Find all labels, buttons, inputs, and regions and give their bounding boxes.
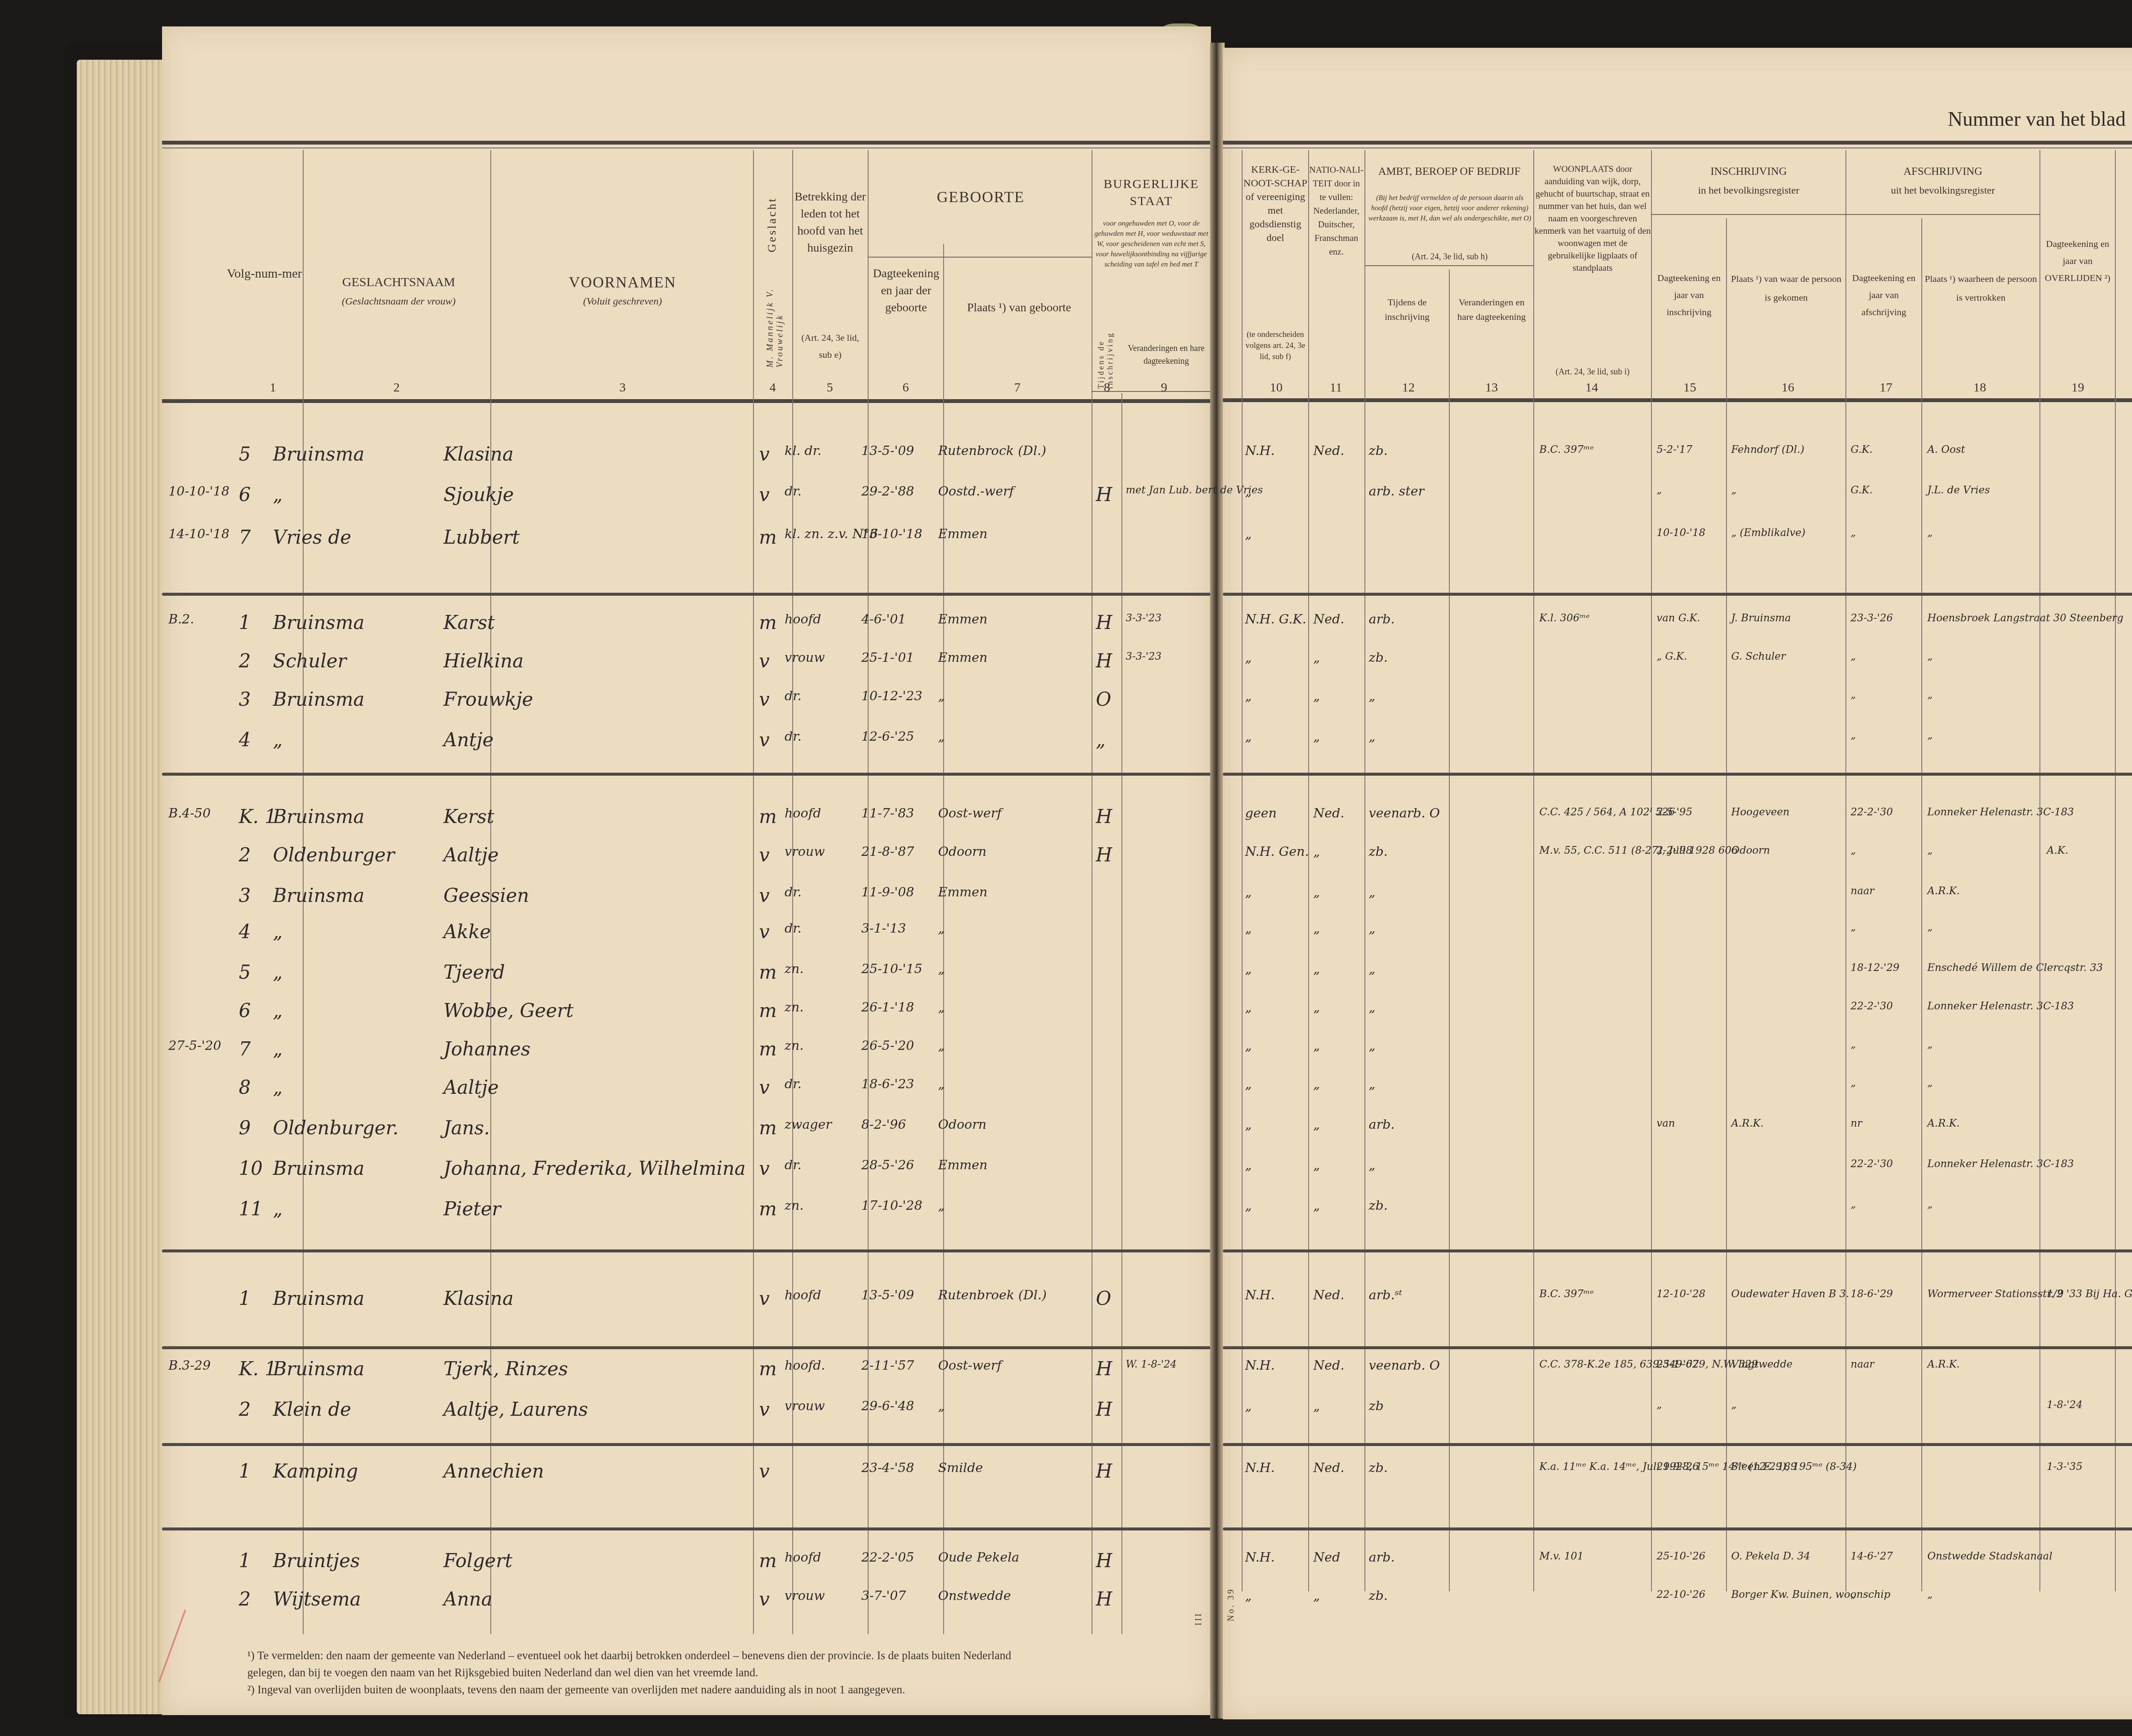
family-separator [1223,1346,2132,1349]
family-separator [162,1249,1211,1252]
cell-death: 1-3-'35 [2047,1461,2083,1472]
cell-nat: „ [1313,1198,1320,1213]
cell-sex: m [759,806,777,828]
cell-occ: zb. [1369,844,1388,859]
ambt-divider [1364,265,1533,266]
header-bottom-rule [1223,398,2132,402]
cell-sex: v [759,1399,770,1420]
cell-civil: O [1096,1288,1111,1310]
cell-sex: m [759,1358,777,1380]
cell-residence: B.C. 397ᵐᵉ [1539,1288,1594,1300]
cell-church: „ [1245,1038,1252,1053]
cell-relation: zn. [785,962,804,977]
cell-residence: B.C. 397ᵐᵉ [1539,443,1594,455]
col-line [1364,150,1365,1591]
cell-surname: Bruintjes [273,1550,360,1572]
cell-given: Wobbe, Geert [443,1000,574,1022]
cell-given: Aaltje [443,844,498,866]
cell-relation: vrouw [785,650,825,665]
cell-sex: m [759,1550,777,1572]
cell-nat: „ [1313,1399,1320,1414]
cell-sex: v [759,1077,770,1098]
cell-church: „ [1245,484,1252,499]
cell-birth-place: „ [938,1198,945,1213]
cell-birth-date: 4-6-'01 [861,612,906,627]
cell-birth-date: 23-4-'58 [861,1461,914,1475]
cell-given: Hielkina [443,650,524,672]
cell-nr: 5 [239,443,251,465]
cell-out-to: „ [1927,1588,1932,1600]
cell-given: Tjeerd [443,962,505,983]
cell-nr: 10 [239,1158,263,1180]
cell-in-from: Sleen E. 189 [1731,1461,1797,1472]
cell-birth-place: Emmen [938,885,988,900]
col-number-4: 4 [760,380,785,395]
header-col-20-sub: (Art. 24, 5e lid) [2116,304,2132,321]
header-ambt-art: (Art. 24, 3e lid, sub h) [1368,248,1532,265]
cell-relation: dr. [785,1158,802,1173]
cell-out-to: „ [1927,844,1932,856]
cell-church: N.H. G.K. [1245,612,1306,627]
cell-given: Aaltje, Laurens [443,1399,588,1420]
cell-out-date: „ [1851,1077,1856,1089]
cell-occ: zb. [1369,1198,1388,1213]
header-bottom-rule [162,399,1211,403]
cell-in-from: A.R.K. [1731,1117,1764,1129]
blad-label: Nummer van het blad [1948,107,2126,131]
cell-birth-date: 17-10-'28 [861,1198,922,1213]
cell-relation: zn. [785,1000,804,1015]
cell-in-from: J. Bruinsma [1731,612,1791,624]
cell-occ: zb [1369,1399,1384,1414]
cell-death: 1/2 '33 Bij Ha. Geulleerink. [2047,1288,2132,1300]
header-bs-note: voor ongehuwden met O, voor de gehuwden … [1094,218,1209,270]
cell-nr: 1 [239,612,251,634]
cell-surname: „ [273,1198,283,1220]
cell-sex: v [759,650,770,672]
cell-given: Geessien [443,885,529,907]
cell-nr: 4 [239,729,251,751]
family-separator [1223,1527,2132,1530]
cell-church: „ [1245,527,1252,542]
cell-nat: „ [1313,921,1320,936]
cell-out-date: 14-6-'27 [1851,1550,1893,1562]
cell-out-date: „ [1851,1588,1856,1600]
cell-out-to: „ [1927,1198,1932,1210]
cell-surname: Bruinsma [273,689,365,710]
cell-out-date: G.K. [1851,484,1873,496]
cell-relation: dr. [785,1077,802,1092]
col-line [1651,150,1652,1591]
page-edges [77,60,162,1714]
col-line [1121,393,1122,1634]
cell-surname: Vries de [273,527,351,548]
cell-nat: „ [1313,689,1320,704]
cell-church: N.H. [1245,443,1275,458]
cell-surname: „ [273,484,283,506]
cell-surname: Bruinsma [273,1158,365,1180]
cell-birth-date: 26-1-'18 [861,1000,914,1015]
cell-relation: zwager [785,1117,832,1132]
cell-church: geen [1245,806,1277,821]
cell-in-date: van G.K. [1657,612,1700,624]
cell-church: „ [1245,1158,1252,1173]
cell-birth-place: Odoorn [938,844,987,859]
cell-birth-date: 8-2-'96 [861,1117,906,1132]
cell-nat: „ [1313,1117,1320,1132]
cell-sex: v [759,844,770,866]
col-number-8: 8 [1094,380,1120,395]
cell-given: Kerst [443,806,494,828]
top-rule-thin [162,148,1211,148]
cell-birth-place: Emmen [938,1158,988,1173]
cell-occ: arb. ster [1369,484,1424,499]
cell-in-from: Hoogeveen [1731,806,1790,818]
cell-occ: arb. [1369,1117,1395,1132]
header-col-14-sub: (Art. 24, 3e lid, sub i) [1534,363,1651,380]
cell-nr: 2 [239,1399,251,1420]
cell-nr: 1 [239,1461,251,1482]
cell-occ: zb. [1369,1588,1388,1603]
cell-birth-place: Smilde [938,1461,983,1475]
cell-nat: Ned. [1313,443,1344,458]
cell-margin: B.2. [168,612,194,627]
cell-relation: hoofd. [785,1358,825,1373]
header-col-13: Veranderingen en hare dagteekening [1450,295,1533,324]
cell-out-to: „ [1927,650,1932,662]
cell-nr: 11 [239,1198,263,1220]
cell-sex: m [759,1038,777,1060]
cell-surname: „ [273,729,283,751]
cell-surname: Kamping [273,1461,358,1482]
cell-birth-date: 13-5-'09 [861,1288,914,1303]
cell-church: N.H. Gen. [1245,844,1309,859]
cell-relation: hoofd [785,1288,821,1303]
cell-church: N.H. [1245,1358,1275,1373]
cell-in-from: „ [1731,1399,1736,1411]
cell-out-date: 22-2-'30 [1851,1000,1893,1012]
cell-out-date: G.K. [1851,443,1873,455]
cell-birth-place: Odoorn [938,1117,987,1132]
header-col-17: Dagteekening en jaar van afschrijving [1846,270,1921,321]
cell-out-to: Enschedé Willem de Clercqstr. 33 [1927,962,2103,974]
cell-birth-date: 18-6-'23 [861,1077,914,1092]
cell-nat: „ [1313,885,1320,900]
cell-residence: M.v. 101 [1539,1550,1584,1562]
cell-church: „ [1245,885,1252,900]
footnote-1: ¹) Te vermelden: den naam der gemeente v… [247,1647,1036,1681]
cell-given: Lubbert [443,527,520,548]
cell-out-to: Onstwedde Stadskanaal [1927,1550,2052,1562]
cell-surname: Bruinsma [273,1358,365,1380]
cell-sex: v [759,921,770,943]
cell-birth-date: 12-6-'25 [861,729,914,744]
header-col-2-sub: (Geslachtsnaam der vrouw) [307,295,490,308]
cell-surname: „ [273,1000,283,1022]
cell-birth-place: Emmen [938,527,988,542]
cell-given: Karst [443,612,495,634]
cell-in-from: O. Pekela D. 34 [1731,1550,1810,1562]
cell-birth-date: 10-12-'23 [861,689,922,704]
cell-given: Sjoukje [443,484,514,506]
cell-out-date: 18-12-'29 [1851,962,1899,974]
cell-out-to: Lonneker Helenastr. 3C-183 [1927,1158,2074,1170]
cell-birth-date: 21-8-'87 [861,844,914,859]
cell-nr: 3 [239,689,251,710]
col-number-1: 1 [260,380,286,395]
cell-out-date: „ [1851,527,1856,539]
header-col-14: WOONPLAATS door aanduiding van wijk, dor… [1534,163,1651,274]
cell-margin: 14-10-'18 [168,527,229,542]
cell-relation: dr. [785,921,802,936]
cell-birth-place: Oost-werf [938,1358,1002,1373]
cell-nr: 3 [239,885,251,907]
header-col-5: Betrekking der leden tot het hoofd van h… [794,188,866,257]
cell-civil: H [1096,806,1112,828]
cell-given: Tjerk, Rinzes [443,1358,568,1380]
cell-occ: veenarb. O [1369,1358,1440,1373]
cell-birth-date: 11-7-'83 [861,806,914,821]
col-number-14: 14 [1581,380,1602,395]
cell-church: N.H. [1245,1550,1275,1565]
cell-occ: zb. [1369,1461,1388,1475]
cell-civil: H [1096,650,1112,672]
cell-birth-place: Rutenbrock (Dl.) [938,443,1046,458]
cell-surname: „ [273,962,283,983]
cell-in-from: Oudewater Haven B 3. [1731,1288,1849,1300]
cell-relation: vrouw [785,844,825,859]
gutter-mark-right: No. 39 [1226,1574,1236,1621]
cell-nat: „ [1313,1038,1320,1053]
cell-nat: „ [1313,962,1320,977]
cell-nat: Ned. [1313,1461,1344,1475]
cell-out-date: „ [1851,650,1856,662]
cell-in-date: 25-1-'02 [1657,1358,1699,1370]
cell-civil: H [1096,484,1112,506]
cell-nr: 2 [239,844,251,866]
header-inschrijving-sub: in het bevolkingsregister [1652,182,1845,199]
col-number-5: 5 [817,380,843,395]
cell-surname: Wijtsema [273,1588,361,1610]
family-separator [162,1346,1211,1349]
cell-surname: Oldenburger. [273,1117,399,1139]
cell-nat: Ned. [1313,612,1344,627]
cell-surname: Bruinsma [273,806,365,828]
cell-occ: zb. [1369,443,1388,458]
cell-church: „ [1245,650,1252,665]
cell-residence: M.v. 55, C.C. 511 (8-27), Juli 1928 606 [1539,844,1738,856]
cell-sex: m [759,527,777,548]
family-separator [162,1443,1211,1446]
cell-nr: 7 [239,527,251,548]
cell-church: „ [1245,1117,1252,1132]
cell-nat: „ [1313,1158,1320,1173]
cell-church: „ [1245,1077,1252,1092]
cell-sex: m [759,612,777,634]
col-number-18: 18 [1969,380,1990,395]
family-separator [1223,593,2132,596]
header-inschrijving: INSCHRIJVING [1652,163,1845,180]
cell-out-date: nr [1851,1117,1862,1129]
cell-surname: Oldenburger [273,844,394,866]
cell-margin: 27-5-'20 [168,1038,221,1053]
cell-surname: Bruinsma [273,1288,365,1310]
cell-given: Antje [443,729,493,751]
family-separator [162,773,1211,776]
cell-birth-date: 3-7-'07 [861,1588,906,1603]
cell-birth-place: „ [938,1000,945,1015]
col-line [2039,150,2040,1591]
col-line [1092,150,1092,1634]
cell-civil: H [1096,1358,1112,1380]
cell-occ: arb.ˢᵗ [1369,1288,1402,1303]
cell-out-to: „ [1927,689,1932,701]
cell-nr: 6 [239,1000,251,1022]
cell-residence: C.C. 425 / 564, A 102ᴵ 526 [1539,806,1675,818]
cell-sex: v [759,729,770,751]
col-line [1845,150,1846,1591]
cell-birth-date: 2-11-'57 [861,1358,914,1373]
cell-surname: „ [273,921,283,943]
cell-church: „ [1245,1588,1252,1603]
cell-in-from: „ [1731,484,1736,496]
cell-surname: Schuler [273,650,347,672]
cell-sex: v [759,1288,770,1310]
cell-sex: v [759,1461,770,1482]
cell-out-to: A. Oost [1927,443,1965,455]
cell-birth-date: 29-2-'88 [861,484,914,499]
col-number-3: 3 [610,380,635,395]
cell-birth-date: 29-6-'48 [861,1399,914,1414]
cell-civil-change: 3-3-'23 [1126,612,1162,624]
header-col-16: Plaats ¹) van waar de persoon is gekomen [1727,270,1845,307]
cell-nr: 1 [239,1550,251,1572]
header-ambt-note: (Bij het bedrijf vermelden of de persoon… [1368,193,1532,223]
cell-nr: 9 [239,1117,251,1139]
cell-out-to: A.R.K. [1927,885,1960,897]
cell-birth-date: 13-5-'09 [861,443,914,458]
cell-birth-place: Rutenbroek (Dl.) [938,1288,1047,1303]
cell-birth-place: Oost-werf [938,806,1002,821]
header-afschrijving: AFSCHRIJVING [1846,163,2039,180]
header-geboorte: GEBOORTE [870,188,1092,206]
cell-sex: m [759,1000,777,1022]
cell-occ: zb. [1369,650,1388,665]
header-afschrijving-sub: uit het bevolkingsregister [1846,182,2039,199]
header-col-10: KERK-GE-NOOT-SCHAP of vereeniging met go… [1243,163,1308,245]
cell-surname: Klein de [273,1399,351,1420]
cell-nat: „ [1313,1077,1320,1092]
cell-church: „ [1245,921,1252,936]
cell-given: Frouwkje [443,689,533,710]
cell-occ: „ [1369,885,1376,900]
cell-birth-place: Emmen [938,650,988,665]
cell-occ: veenarb. O [1369,806,1440,821]
cell-death: 1-8-'24 [2047,1399,2083,1411]
cell-civil: H [1096,1588,1112,1610]
cell-relation: vrouw [785,1588,825,1603]
cell-church: N.H. [1245,1461,1275,1475]
cell-birth-place: „ [938,1038,945,1053]
cell-given: Klasina [443,1288,513,1310]
cell-occ: „ [1369,689,1376,704]
cell-surname: Bruinsma [273,443,365,465]
cell-occ: „ [1369,962,1376,977]
cell-birth-place: Onstwedde [938,1588,1011,1603]
cell-birth-date: 25-1-'01 [861,650,914,665]
cell-surname: „ [273,1038,283,1060]
cell-out-date: 23-3-'26 [1851,612,1893,624]
cell-out-date: „ [1851,921,1856,933]
family-separator [1223,1249,2132,1252]
cell-sex: v [759,1158,770,1180]
cell-birth-place: „ [938,729,945,744]
cell-church: „ [1245,729,1252,744]
cell-nr: 8 [239,1077,251,1098]
header-col-4: Geslacht [765,176,779,252]
col-line [1242,150,1243,1591]
cell-relation: zn. [785,1038,804,1053]
header-col-9: Veranderingen en hare dagteekening [1124,342,1209,368]
cell-nat: „ [1313,650,1320,665]
cell-sex: m [759,1117,777,1139]
family-separator [1223,1443,2132,1446]
cell-sex: v [759,443,770,465]
cell-civil-change: W. 1-8-'24 [1126,1358,1177,1370]
cell-relation: dr. [785,729,802,744]
cell-nr: 1 [239,1288,251,1310]
cell-church: „ [1245,1000,1252,1015]
cell-church: „ [1245,1399,1252,1414]
cell-out-to: A.R.K. [1927,1358,1960,1370]
cell-in-date: 2-5-'95 [1657,806,1692,818]
cell-nr: 4 [239,921,251,943]
col-number-9: 9 [1151,380,1177,395]
cell-birth-date: 22-2-'05 [861,1550,914,1565]
cell-occ: „ [1369,1158,1376,1173]
col-number-7: 7 [1005,380,1030,395]
cell-birth-place: „ [938,1077,945,1092]
cell-nr: 2 [239,1588,251,1610]
col-number-11: 11 [1325,380,1347,395]
cell-given: Annechien [443,1461,544,1482]
cell-nr: 2 [239,650,251,672]
cell-in-from: Fehndorf (Dl.) [1731,443,1805,455]
cell-in-date: 29-9-'26 [1657,1461,1699,1472]
cell-civil: H [1096,1550,1112,1572]
cell-out-to: A.R.K. [1927,1117,1960,1129]
cell-nat: „ [1313,1588,1320,1603]
family-separator [162,1527,1211,1530]
cell-birth-date: 28-5-'26 [861,1158,914,1173]
cell-in-date: 5-2-'17 [1657,443,1692,455]
cell-given: Folgert [443,1550,513,1572]
cell-birth-place: „ [938,1399,945,1414]
col-line [1726,218,1727,1591]
cell-occ: „ [1369,921,1376,936]
cell-in-date: 12-10-'28 [1657,1288,1705,1300]
cell-nr: 6 [239,484,251,506]
cell-birth-place: „ [938,921,945,936]
cell-nat: Ned. [1313,1288,1344,1303]
header-col-12: Tijdens de inschrijving [1365,295,1449,324]
cell-sex: v [759,484,770,506]
header-col-11: NATIO-NALI-TEIT door in te vullen: Neder… [1309,163,1364,258]
cell-church: „ [1245,962,1252,977]
cell-in-from: Vlagtwedde [1731,1358,1793,1370]
col-line [753,150,754,1634]
cell-nat: „ [1313,729,1320,744]
